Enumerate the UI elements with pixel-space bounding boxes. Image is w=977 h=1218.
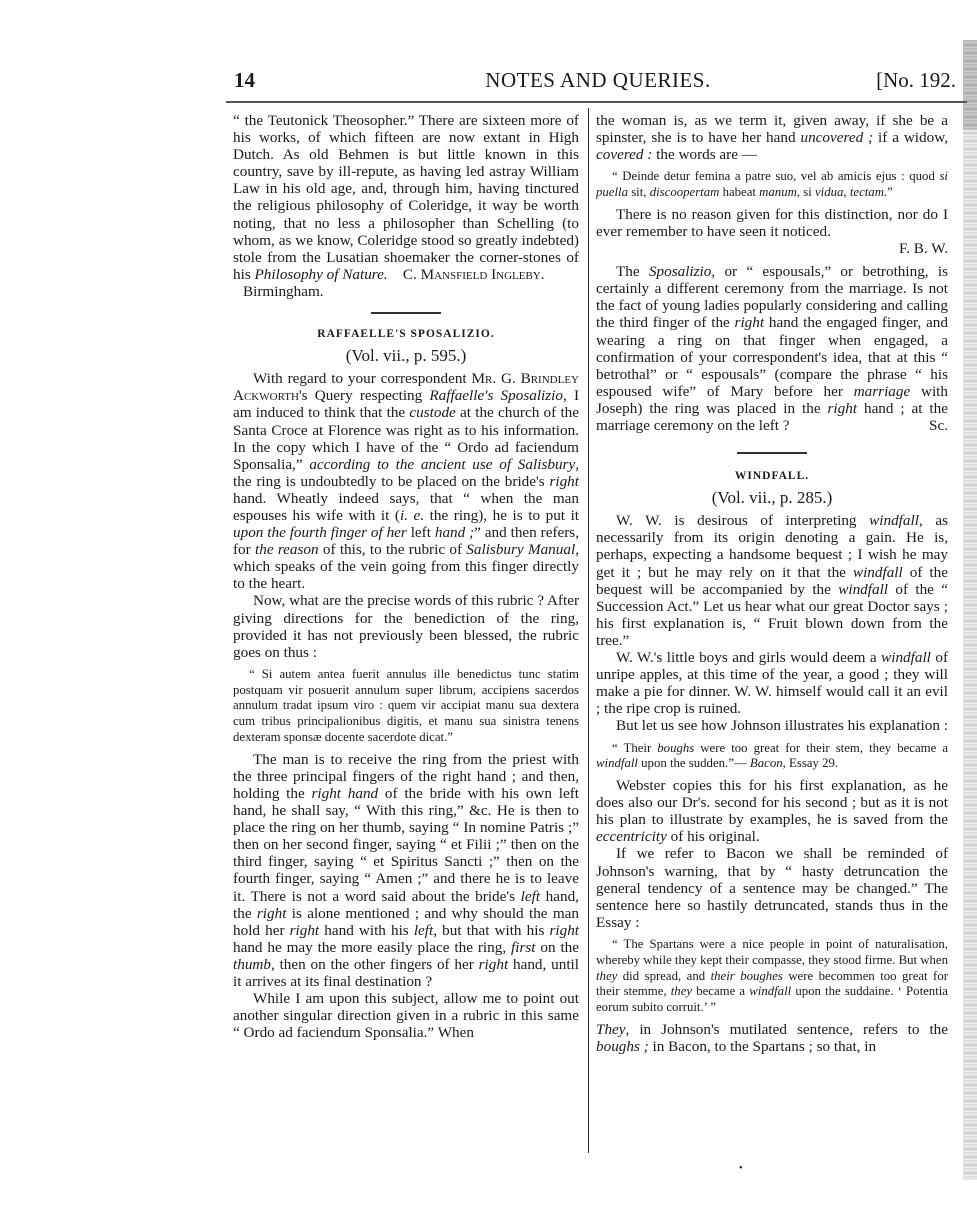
paragraph: While I am upon this subject, allow me t… xyxy=(233,990,579,1041)
paragraph: The man is to receive the ring from the … xyxy=(233,751,579,990)
paragraph: The Sposalizio, or “ espousals,” or betr… xyxy=(596,263,948,434)
volume-reference: (Vol. vii., p. 285.) xyxy=(596,489,948,506)
print-mark: • xyxy=(739,1163,743,1174)
paragraph: W. W.'s little boys and girls would deem… xyxy=(596,649,948,717)
paragraph: W. W. is desirous of interpreting windfa… xyxy=(596,512,948,649)
essay-quotation: “ The Spartans were a nice people in poi… xyxy=(596,937,948,1016)
bacon-quotation: “ Their boughs were too great for their … xyxy=(596,741,948,773)
paragraph: But let us see how Johnson illustrates h… xyxy=(596,717,948,734)
paragraph: With regard to your correspondent Mr. G.… xyxy=(233,370,579,592)
left-column: “ the Teutonick Theosopher.” There are s… xyxy=(233,112,579,1041)
paragraph: Now, what are the precise words of this … xyxy=(233,592,579,660)
section-title: RAFFAELLE'S SPOSALIZIO. xyxy=(233,326,579,343)
place-line: Birmingham. xyxy=(233,283,579,300)
issue-number: [No. 192. xyxy=(876,68,956,93)
paragraph: “ the Teutonick Theosopher.” There are s… xyxy=(233,112,579,283)
section-title: WINDFALL. xyxy=(596,468,948,485)
right-column: the woman is, as we term it, given away,… xyxy=(596,112,948,1055)
latin-quotation: “ Si autem antea fuerit annulus ille ben… xyxy=(233,667,579,746)
header-rule xyxy=(226,101,967,103)
latin-quotation: “ Deinde detur femina a patre suo, vel a… xyxy=(596,169,948,201)
page-edge-texture xyxy=(963,40,977,1180)
running-header: 14 NOTES AND QUERIES. [No. 192. xyxy=(234,64,962,94)
paragraph: Webster copies this for his first explan… xyxy=(596,777,948,845)
author-signature: F. B. W. xyxy=(596,240,948,257)
journal-title: NOTES AND QUERIES. xyxy=(234,68,962,93)
paragraph: the woman is, as we term it, given away,… xyxy=(596,112,948,163)
column-divider xyxy=(588,108,589,1153)
paragraph: They, in Johnson's mutilated sentence, r… xyxy=(596,1021,948,1055)
volume-reference: (Vol. vii., p. 595.) xyxy=(233,347,579,364)
paragraph: If we refer to Bacon we shall be reminde… xyxy=(596,845,948,930)
section-separator xyxy=(737,452,807,454)
author-signature: C. Mansfield Ingleby. xyxy=(403,266,545,283)
paragraph: There is no reason given for this distin… xyxy=(596,206,948,240)
author-signature: Sc. xyxy=(909,417,948,434)
section-separator xyxy=(371,312,441,314)
